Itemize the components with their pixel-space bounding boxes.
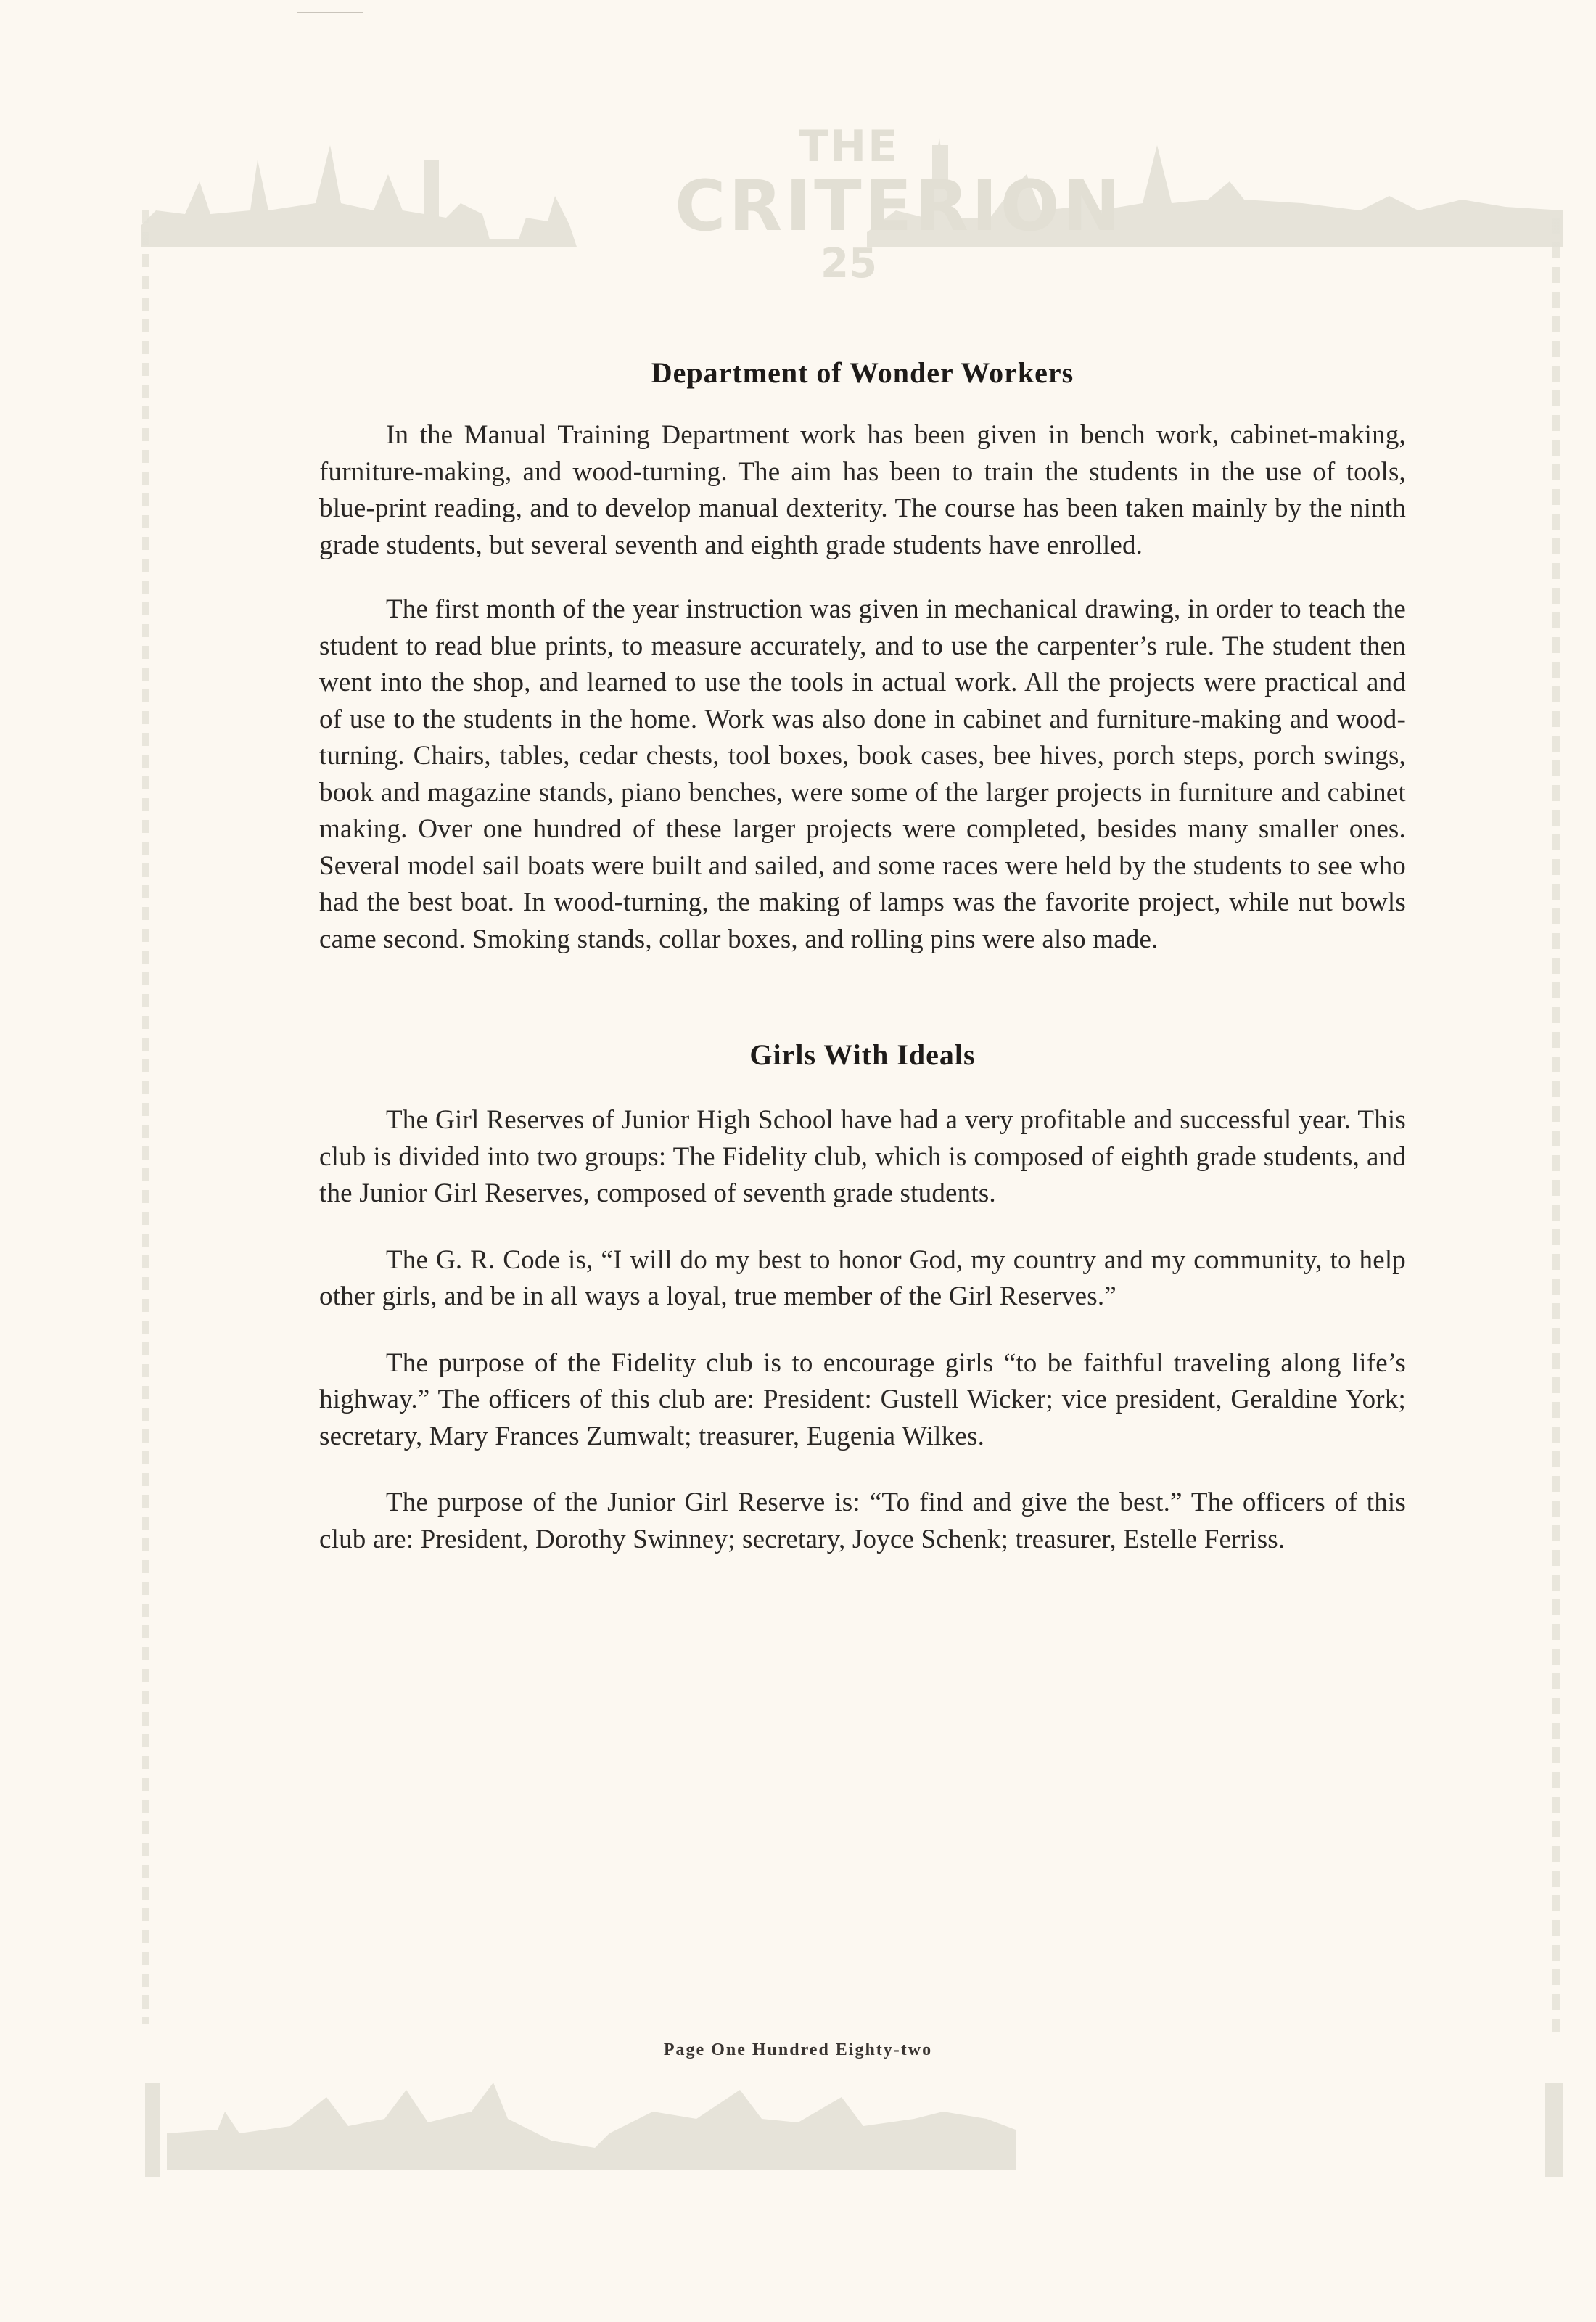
paragraph: The Girl Reserves of Junior High School … — [319, 1102, 1406, 1213]
paragraph: The purpose of the Fidelity club is to e… — [319, 1345, 1406, 1456]
paragraph: The purpose of the Junior Girl Reserve i… — [319, 1485, 1406, 1558]
section-title: Girls With Ideals — [319, 1038, 1406, 1072]
logo-line-criterion: CRITERION — [675, 170, 1023, 242]
footer-skyline-ornament-icon — [145, 2068, 1567, 2177]
section-wonder-workers: Department of Wonder Workers In the Manu… — [319, 356, 1406, 958]
section-title: Department of Wonder Workers — [319, 356, 1406, 390]
left-border-ornament — [142, 210, 149, 2024]
logo-line-the: THE — [675, 123, 1023, 170]
masthead-ornament: THE CRITERION 25 — [0, 0, 1596, 334]
section-girls-with-ideals: Girls With Ideals The Girl Reserves of J… — [319, 1038, 1406, 1558]
right-border-ornament — [1552, 218, 1560, 2032]
page-number: Page One Hundred Eighty-two — [0, 2040, 1596, 2060]
logo-line-year: 25 — [675, 242, 1023, 286]
page-content: Department of Wonder Workers In the Manu… — [319, 356, 1406, 1558]
paragraph: In the Manual Training Department work h… — [319, 417, 1406, 564]
paragraph: The first month of the year instruction … — [319, 591, 1406, 958]
criterion-logo: THE CRITERION 25 — [675, 123, 1023, 286]
paragraph: The G. R. Code is, “I will do my best to… — [319, 1242, 1406, 1316]
